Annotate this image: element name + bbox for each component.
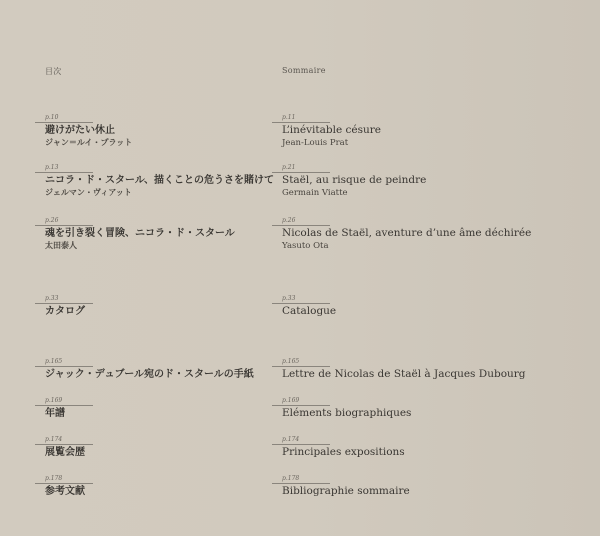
page-number: p.169	[282, 397, 299, 404]
entry-title: L’inévitable césure	[282, 124, 381, 137]
divider-rule	[272, 405, 330, 406]
entry-title: Eléments biographiques	[282, 407, 411, 420]
entry-author: Yasuto Ota	[282, 241, 329, 251]
divider-rule	[272, 483, 330, 484]
divider-rule	[272, 172, 330, 173]
entry-title: 参考文献	[45, 485, 85, 498]
entry-title: ジャック・デュブール宛のド・スタールの手紙	[45, 368, 254, 381]
divider-rule	[272, 303, 330, 304]
entry-title: 展覧会歴	[45, 446, 85, 459]
entry-title: ニコラ・ド・スタール、描くことの危うさを賭けて	[45, 174, 274, 187]
entry-title: カタログ	[45, 305, 85, 318]
divider-rule	[272, 122, 330, 123]
page-number: p.26	[45, 217, 58, 224]
entry-author: ジャン＝ルイ・プラット	[45, 138, 132, 148]
japanese-contents-heading: 目次	[45, 66, 62, 77]
entry-title: Staël, au risque de peindre	[282, 174, 426, 187]
entry-author: ジェルマン・ヴィアット	[45, 188, 132, 198]
divider-rule	[35, 444, 93, 445]
divider-rule	[35, 366, 93, 367]
entry-title: 魂を引き裂く冒険、ニコラ・ド・スタール	[45, 227, 235, 240]
divider-rule	[35, 303, 93, 304]
entry-title: Nicolas de Staël, aventure d’une âme déc…	[282, 227, 531, 240]
divider-rule	[35, 172, 93, 173]
entry-title: Bibliographie sommaire	[282, 485, 410, 498]
entry-author: Germain Viatte	[282, 188, 348, 198]
page-number: p.11	[282, 114, 295, 121]
divider-rule	[35, 483, 93, 484]
divider-rule	[35, 405, 93, 406]
page-number: p.26	[282, 217, 295, 224]
page-number: p.21	[282, 164, 295, 171]
entry-author: Jean-Louis Prat	[282, 138, 348, 148]
french-contents-heading: Sommaire	[282, 66, 326, 75]
page-number: p.174	[45, 436, 62, 443]
page-number: p.169	[45, 397, 62, 404]
divider-rule	[272, 366, 330, 367]
page-number: p.165	[45, 358, 62, 365]
page-number: p.13	[45, 164, 58, 171]
entry-title: 年譜	[45, 407, 65, 420]
divider-rule	[272, 444, 330, 445]
entry-author: 太田泰人	[45, 241, 77, 251]
page-number: p.178	[45, 475, 62, 482]
divider-rule	[272, 225, 330, 226]
entry-title: 避けがたい休止	[45, 124, 115, 137]
page-number: p.174	[282, 436, 299, 443]
entry-title: Lettre de Nicolas de Staël à Jacques Dub…	[282, 368, 526, 381]
page-number: p.33	[45, 295, 58, 302]
entry-title: Principales expositions	[282, 446, 405, 459]
page-number: p.10	[45, 114, 58, 121]
divider-rule	[35, 225, 93, 226]
page-number: p.178	[282, 475, 299, 482]
divider-rule	[35, 122, 93, 123]
entry-title: Catalogue	[282, 305, 336, 318]
page-number: p.33	[282, 295, 295, 302]
page-number: p.165	[282, 358, 299, 365]
